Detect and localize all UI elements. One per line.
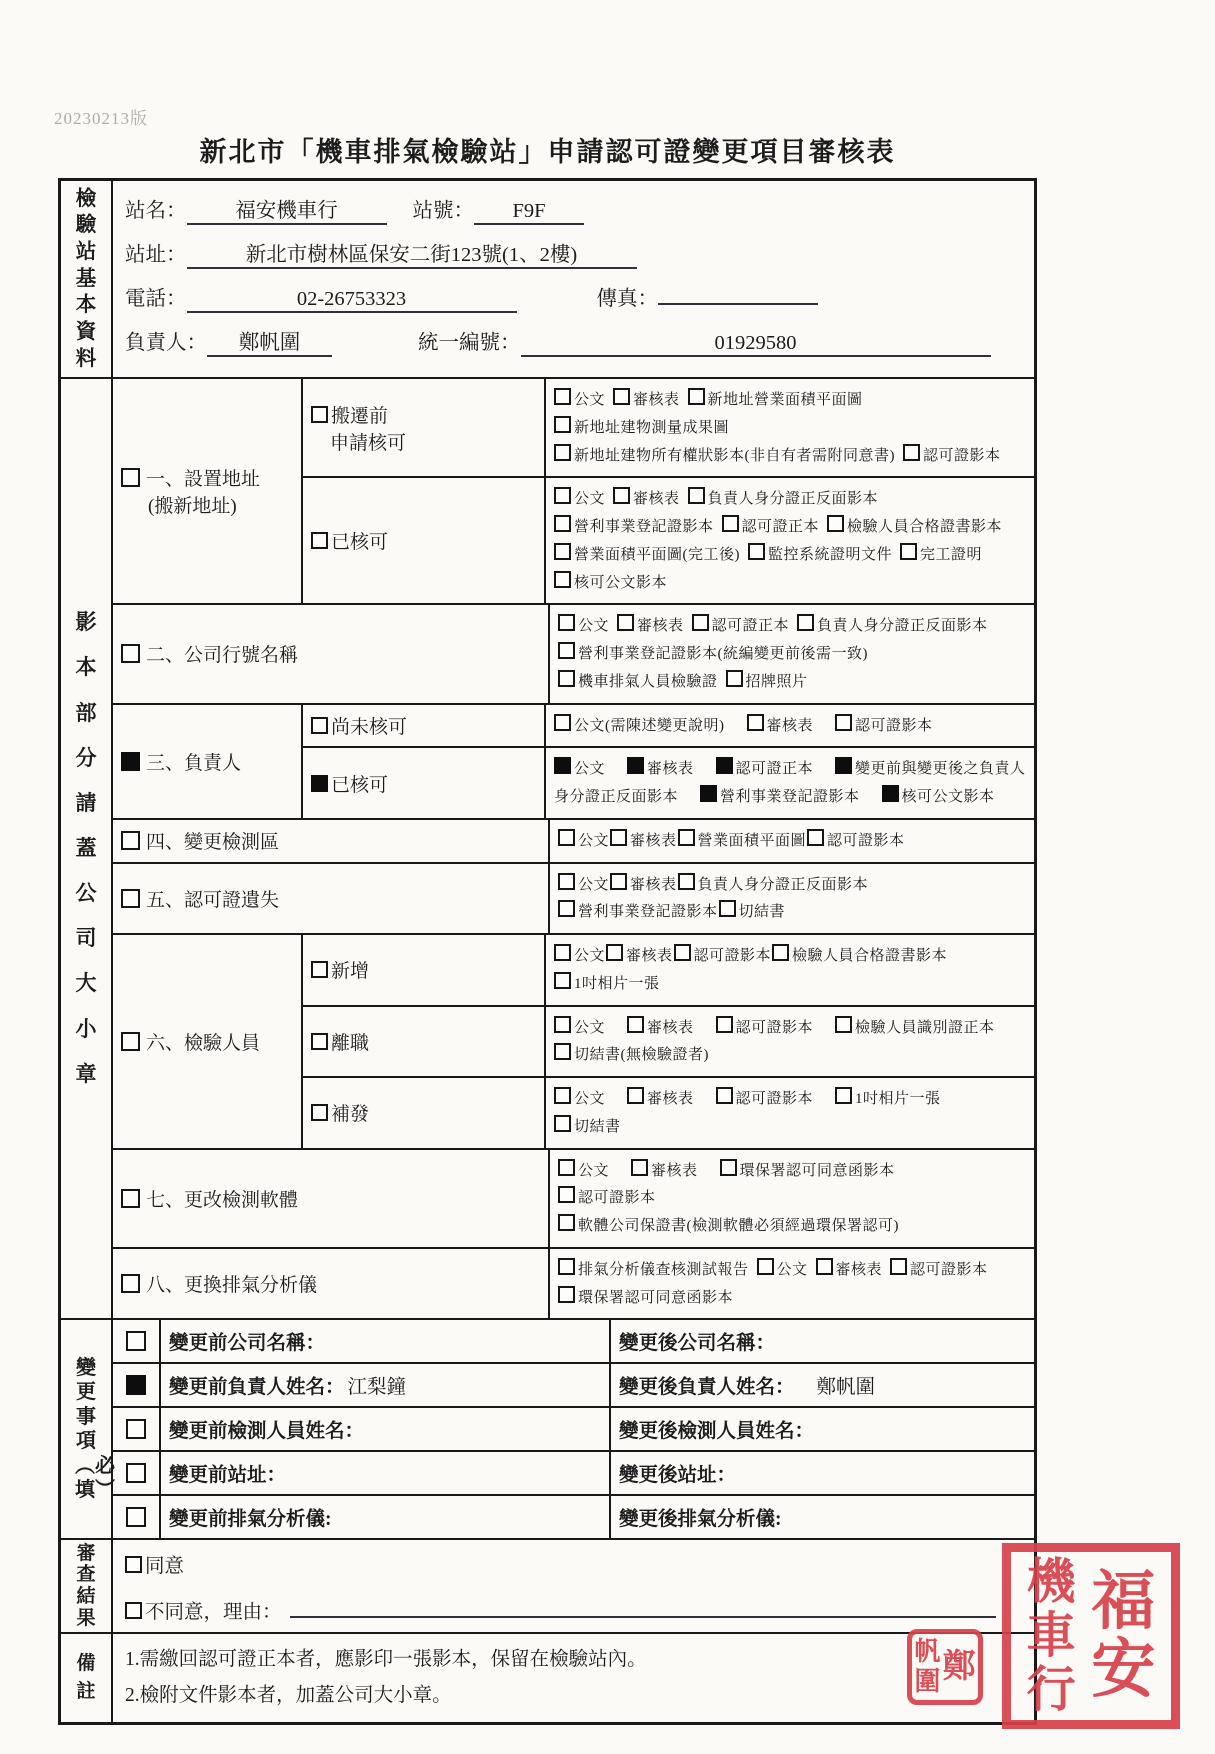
doc-item: 切結書 xyxy=(554,1114,621,1142)
doc-label: 公文 xyxy=(578,833,609,849)
section-label-copies: 影本部分請蓋公司大小章 xyxy=(61,379,113,1318)
doc-item: 公文 xyxy=(554,1086,605,1114)
doc-label: 認可證影本 xyxy=(923,448,1001,464)
doc-item: 公文 xyxy=(554,756,605,784)
item-cell: 一、設置地址 (搬新地址) xyxy=(113,379,303,603)
doc-label: 負責人身分證正反面影本 xyxy=(708,491,879,507)
doc-checkbox[interactable] xyxy=(900,543,917,560)
doc-item: 營業面積平面圖(完工後) xyxy=(554,542,740,570)
doc-checkbox[interactable] xyxy=(627,1016,644,1033)
doc-label: 審核表 xyxy=(637,618,684,634)
subrow-cell: 離職 xyxy=(303,1007,546,1077)
subrow-label: 已核可 xyxy=(331,532,388,553)
change-after-cell: 變更後負責人姓名：鄭帆圍 xyxy=(611,1364,1034,1406)
doc-label: 審核表 xyxy=(630,833,677,849)
checklist-row-1: 一、設置地址 (搬新地址) 搬遷前 申請核可 公文審核表新地址營業面積平面圖新地… xyxy=(113,379,1034,603)
doc-checkbox[interactable] xyxy=(700,785,717,802)
doc-checkbox[interactable] xyxy=(558,1186,575,1203)
doc-checkbox[interactable] xyxy=(827,515,844,532)
doc-item: 環保署認可同意函影本 xyxy=(720,1158,895,1186)
docs-cell: 公文審核表認可證影本檢驗人員合格證書影本1吋相片一張 xyxy=(546,935,1034,1005)
doc-item: 認可證影本 xyxy=(716,1086,814,1114)
section-basic-info: 檢驗站基本資料 站名： 福安機車行 站號： F9F 站址： 新北市樹林區保安二街… xyxy=(61,181,1034,377)
doc-label: 公文(需陳述變更說明) xyxy=(574,718,725,734)
subrow-reissue: 補發 公文審核表認可證影本1吋相片一張切結書 xyxy=(303,1076,1034,1148)
change-after-cell: 變更後站址： xyxy=(611,1452,1034,1494)
subrow-checkbox[interactable] xyxy=(311,406,328,423)
doc-item: 公文 xyxy=(554,943,605,971)
doc-label: 檢驗人員識別證正本 xyxy=(855,1020,995,1036)
change-before-value[interactable]: 江梨鐘 xyxy=(348,1371,407,1399)
item-label: 四、變更檢測區 xyxy=(146,832,279,853)
doc-label: 公文 xyxy=(578,877,609,893)
docs-cell: 公文審核表營業面積平面圖認可證影本 xyxy=(550,820,1034,862)
doc-checkbox[interactable] xyxy=(558,1286,575,1303)
doc-checkbox[interactable] xyxy=(606,944,623,961)
doc-item: 營利事業登記證影本 xyxy=(700,784,860,812)
change-after-cell: 變更後排氣分析儀: xyxy=(611,1496,1034,1538)
doc-checkbox[interactable] xyxy=(716,1016,733,1033)
doc-item: 環保署認可同意函影本 xyxy=(558,1285,733,1313)
owner-field[interactable]: 鄭帆圍 xyxy=(207,325,332,357)
doc-checkbox[interactable] xyxy=(688,388,705,405)
doc-item: 公文 xyxy=(554,1015,605,1043)
doc-item: 新地址建物所有權狀影本(非自有者需附同意書) xyxy=(554,443,895,471)
doc-checkbox[interactable] xyxy=(558,1214,575,1231)
doc-checkbox[interactable] xyxy=(807,829,824,846)
phone-field[interactable]: 02-26753323 xyxy=(187,288,517,313)
item-label: 五、認可證遺失 xyxy=(146,890,279,911)
doc-item: 檢驗人員識別證正本 xyxy=(835,1015,995,1043)
fax-field[interactable] xyxy=(658,303,818,305)
doc-item: 切結書 xyxy=(719,899,786,927)
doc-checkbox[interactable] xyxy=(816,1258,833,1275)
item-checkbox[interactable] xyxy=(121,831,140,850)
doc-checkbox[interactable] xyxy=(554,388,571,405)
doc-item: 負責人身分證正反面影本 xyxy=(688,486,879,514)
doc-label: 營利事業登記證影本 xyxy=(574,519,714,535)
section-label-basic-info: 檢驗站基本資料 xyxy=(61,181,113,377)
doc-item: 審核表 xyxy=(617,613,684,641)
doc-item: 營業面積平面圖 xyxy=(678,828,807,856)
address-row: 站址： 新北市樹林區保安二街123號(1、2樓) xyxy=(125,237,1020,281)
doc-checkbox[interactable] xyxy=(835,1087,852,1104)
doc-checkbox[interactable] xyxy=(558,614,575,631)
subrow-label: 新增 xyxy=(331,961,369,982)
doc-label: 1吋相片一張 xyxy=(855,1091,941,1107)
doc-item: 公文 xyxy=(558,872,609,900)
doc-label: 營利事業登記證影本 xyxy=(578,904,718,920)
doc-label: 公文 xyxy=(574,948,605,964)
doc-label: 負責人身分證正反面影本 xyxy=(698,877,869,893)
change-after-label: 變更後排氣分析儀: xyxy=(619,1503,782,1531)
item-label: 一、設置地址 xyxy=(146,469,260,490)
doc-checkbox[interactable] xyxy=(558,670,575,687)
doc-label: 切結書 xyxy=(739,904,786,920)
company-seal-right-column: 福安 xyxy=(1091,1568,1155,1704)
doc-label: 認可證正本 xyxy=(736,761,814,777)
doc-item: 負責人身分證正反面影本 xyxy=(797,613,988,641)
item-label: 八、更換排氣分析儀 xyxy=(146,1275,317,1296)
doc-item: 排氣分析儀查核測試報告 xyxy=(558,1257,749,1285)
doc-checkbox[interactable] xyxy=(692,614,709,631)
item-cell: 六、檢驗人員 xyxy=(113,935,303,1148)
doc-label: 檢驗人員合格證書影本 xyxy=(847,519,1002,535)
item-checkbox[interactable] xyxy=(121,468,140,487)
doc-label: 新地址營業面積平面圖 xyxy=(708,392,863,408)
change-before-cell: 變更前排氣分析儀: xyxy=(161,1496,611,1538)
doc-item: 完工證明 xyxy=(900,542,982,570)
doc-item: 營利事業登記證影本 xyxy=(554,514,714,542)
owner-label: 負責人： xyxy=(125,325,207,355)
change-checkbox-cell xyxy=(113,1496,161,1538)
doc-checkbox[interactable] xyxy=(554,1087,571,1104)
doc-checkbox[interactable] xyxy=(674,944,691,961)
checklist-row-2: 二、公司行號名稱 公文審核表認可證正本負責人身分證正反面影本營利事業登記證影本(… xyxy=(113,603,1034,702)
doc-item: 認可證影本 xyxy=(835,713,933,741)
checklist-row-8: 八、更換排氣分析儀 排氣分析儀查核測試報告公文審核表認可證影本環保署認可同意函影… xyxy=(113,1247,1034,1319)
disagree-reason-field[interactable] xyxy=(290,1598,996,1618)
doc-checkbox[interactable] xyxy=(610,829,627,846)
doc-checkbox[interactable] xyxy=(554,1043,571,1060)
doc-item: 新地址建物測量成果圖 xyxy=(554,415,729,443)
change-before-label: 變更前負責人姓名： xyxy=(169,1371,345,1399)
doc-label: 公文 xyxy=(574,1091,605,1107)
doc-checkbox[interactable] xyxy=(631,1159,648,1176)
section-label-review: 審查結果 xyxy=(61,1540,113,1632)
doc-item: 監控系統證明文件 xyxy=(748,542,892,570)
doc-label: 環保署認可同意函影本 xyxy=(740,1163,895,1179)
section-label-change-items: 變更事項︵必填︶ xyxy=(61,1320,113,1538)
doc-label: 認可證影本 xyxy=(827,833,905,849)
change-checkbox[interactable] xyxy=(126,1463,146,1483)
subrow-new-hire: 新增 公文審核表認可證影本檢驗人員合格證書影本1吋相片一張 xyxy=(303,935,1034,1005)
subrows: 搬遷前 申請核可 公文審核表新地址營業面積平面圖新地址建物測量成果圖新地址建物所… xyxy=(303,379,1034,603)
copies-body: 一、設置地址 (搬新地址) 搬遷前 申請核可 公文審核表新地址營業面積平面圖新地… xyxy=(113,379,1034,1318)
doc-checkbox[interactable] xyxy=(554,487,571,504)
doc-label: 審核表 xyxy=(630,877,677,893)
subrow-cell: 尚未核可 xyxy=(303,705,546,747)
change-after-value[interactable]: 鄭帆圍 xyxy=(817,1371,876,1399)
doc-checkbox[interactable] xyxy=(554,444,571,461)
change-before-cell: 變更前檢測人員姓名： xyxy=(161,1408,611,1450)
doc-item: 機車排氣人員檢驗證 xyxy=(558,669,718,697)
subrow-approved: 已核可 公文審核表認可證正本變更前與變更後之負責人身分證正反面影本營利事業登記證… xyxy=(303,746,1034,818)
subrow-label2: 申請核可 xyxy=(330,428,540,455)
doc-item: 認可證影本 xyxy=(674,943,772,971)
note-line: 1.需繳回認可證正本者，應影印一張影本，保留在檢驗站內。 xyxy=(125,1642,1022,1678)
change-checkbox[interactable] xyxy=(126,1507,146,1527)
doc-checkbox[interactable] xyxy=(554,1115,571,1132)
item-checkbox[interactable] xyxy=(121,752,140,771)
doc-checkbox[interactable] xyxy=(720,1159,737,1176)
doc-checkbox[interactable] xyxy=(617,614,634,631)
subrow-checkbox[interactable] xyxy=(311,532,328,549)
owner-seal-stamp: 鄭 帆圍 xyxy=(907,1629,983,1705)
doc-checkbox[interactable] xyxy=(719,900,736,917)
doc-item: 認可證影本 xyxy=(890,1257,988,1285)
section-review-result: 審查結果 同意 不同意，理由： xyxy=(61,1538,1034,1632)
doc-checkbox[interactable] xyxy=(757,1258,774,1275)
doc-item: 營利事業登記證影本(統編變更前後需一致) xyxy=(558,641,868,669)
doc-checkbox[interactable] xyxy=(554,972,571,989)
docs-cell: 公文(需陳述變更說明)審核表認可證影本 xyxy=(546,705,1034,747)
doc-checkbox[interactable] xyxy=(903,444,920,461)
doc-item: 招牌照片 xyxy=(726,669,808,697)
item-checkbox[interactable] xyxy=(121,1032,140,1051)
doc-item: 審核表 xyxy=(627,1015,694,1043)
agree-checkbox[interactable] xyxy=(125,1556,142,1573)
subrow-label: 離職 xyxy=(331,1033,369,1054)
doc-checkbox[interactable] xyxy=(678,829,695,846)
subrow-checkbox[interactable] xyxy=(311,717,328,734)
change-row-company-name: 變更前公司名稱： 變更後公司名稱： xyxy=(113,1320,1034,1362)
doc-item: 1吋相片一張 xyxy=(835,1086,941,1114)
doc-item: 負責人身分證正反面影本 xyxy=(678,872,869,900)
item-cell: 二、公司行號名稱 xyxy=(113,605,550,702)
item-checkbox[interactable] xyxy=(121,1274,140,1293)
doc-checkbox[interactable] xyxy=(610,873,627,890)
doc-item: 審核表 xyxy=(606,943,673,971)
doc-checkbox[interactable] xyxy=(554,1016,571,1033)
doc-label: 認可證影本 xyxy=(694,948,772,964)
checklist-row-3: 三、負責人 尚未核可 公文(需陳述變更說明)審核表認可證影本 已核可 xyxy=(113,703,1034,818)
doc-checkbox[interactable] xyxy=(688,487,705,504)
subrows: 新增 公文審核表認可證影本檢驗人員合格證書影本1吋相片一張 離職 公文審核表認可… xyxy=(303,935,1034,1148)
doc-checkbox[interactable] xyxy=(613,487,630,504)
subrow-checkbox[interactable] xyxy=(311,775,328,792)
doc-checkbox[interactable] xyxy=(835,757,852,774)
doc-item: 營利事業登記證影本 xyxy=(558,899,718,927)
doc-label: 檢驗人員合格證書影本 xyxy=(792,948,947,964)
change-after-label: 變更後負責人姓名： xyxy=(619,1371,795,1399)
doc-label: 排氣分析儀查核測試報告 xyxy=(578,1262,749,1278)
item-cell: 五、認可證遺失 xyxy=(113,864,550,934)
doc-item: 新地址營業面積平面圖 xyxy=(688,387,863,415)
doc-item: 認可證正本 xyxy=(692,613,790,641)
scanned-form-page: 20230213版 新北市「機車排氣檢驗站」申請認可證變更項目審核表 檢驗站基本… xyxy=(0,0,1215,1754)
change-checkbox[interactable] xyxy=(126,1331,146,1351)
doc-item: 審核表 xyxy=(610,828,677,856)
company-seal-left-column: 機車行 xyxy=(1027,1555,1076,1717)
company-seal-stamp: 福安 機車行 xyxy=(1002,1543,1180,1729)
doc-checkbox[interactable] xyxy=(627,757,644,774)
doc-checkbox[interactable] xyxy=(882,785,899,802)
doc-label: 審核表 xyxy=(647,1020,694,1036)
item-label2: (搬新地址) xyxy=(148,491,260,518)
doc-checkbox[interactable] xyxy=(558,1159,575,1176)
doc-checkbox[interactable] xyxy=(558,1258,575,1275)
change-before-label: 變更前檢測人員姓名： xyxy=(169,1415,364,1443)
doc-label: 公文 xyxy=(574,392,605,408)
doc-checkbox[interactable] xyxy=(716,1087,733,1104)
change-after-label: 變更後公司名稱： xyxy=(619,1327,775,1355)
doc-item: 檢驗人員合格證書影本 xyxy=(772,943,947,971)
change-before-label: 變更前站址： xyxy=(169,1459,286,1487)
doc-item: 審核表 xyxy=(816,1257,883,1285)
doc-item: 審核表 xyxy=(631,1158,698,1186)
doc-checkbox[interactable] xyxy=(797,614,814,631)
change-row-station-address: 變更前站址： 變更後站址： xyxy=(113,1450,1034,1494)
doc-checkbox[interactable] xyxy=(835,1016,852,1033)
doc-checkbox[interactable] xyxy=(554,515,571,532)
doc-checkbox[interactable] xyxy=(747,714,764,731)
section-label-text: 檢驗站基本資料 xyxy=(75,186,97,372)
doc-checkbox[interactable] xyxy=(554,757,571,774)
uniform-number-label: 統一編號： xyxy=(418,325,521,355)
review-body: 同意 不同意，理由： xyxy=(113,1540,1034,1632)
doc-label: 完工證明 xyxy=(920,547,982,563)
doc-checkbox[interactable] xyxy=(772,944,789,961)
doc-label: 公文 xyxy=(574,1020,605,1036)
change-before-cell: 變更前站址： xyxy=(161,1452,611,1494)
subrow-checkbox[interactable] xyxy=(311,1104,328,1121)
doc-checkbox[interactable] xyxy=(722,515,739,532)
doc-checkbox[interactable] xyxy=(554,571,571,588)
doc-item: 檢驗人員合格證書影本 xyxy=(827,514,1002,542)
subrow-cell: 新增 xyxy=(303,935,546,1005)
doc-label: 審核表 xyxy=(626,948,673,964)
doc-label: 公文 xyxy=(578,618,609,634)
section-notes: 備註 1.需繳回認可證正本者，應影印一張影本，保留在檢驗站內。2.檢附文件影本者… xyxy=(61,1632,1034,1722)
doc-checkbox[interactable] xyxy=(558,900,575,917)
item-cell: 三、負責人 xyxy=(113,705,303,818)
item-label: 二、公司行號名稱 xyxy=(146,645,298,666)
subrow-checkbox[interactable] xyxy=(311,1033,328,1050)
doc-label: 認可證影本 xyxy=(578,1190,656,1206)
doc-checkbox[interactable] xyxy=(558,873,575,890)
form-table: 檢驗站基本資料 站名： 福安機車行 站號： F9F 站址： 新北市樹林區保安二街… xyxy=(58,178,1037,1725)
change-checkbox[interactable] xyxy=(126,1375,146,1395)
checklist-row-5: 五、認可證遺失 公文審核表負責人身分證正反面影本營利事業登記證影本切結書 xyxy=(113,862,1034,934)
checklist-row-7: 七、更改檢測軟體 公文審核表環保署認可同意函影本認可證影本軟體公司保證書(檢測軟… xyxy=(113,1148,1034,1247)
doc-label: 公文 xyxy=(574,761,605,777)
station-name-field[interactable]: 福安機車行 xyxy=(187,193,387,225)
doc-checkbox[interactable] xyxy=(554,543,571,560)
doc-item: 公文 xyxy=(558,828,609,856)
subrow-label: 尚未核可 xyxy=(331,717,407,738)
item-cell: 四、變更檢測區 xyxy=(113,820,550,862)
docs-cell: 公文審核表新地址營業面積平面圖新地址建物測量成果圖新地址建物所有權狀影本(非自有… xyxy=(546,379,1034,476)
note-line: 2.檢附文件影本者，加蓋公司大小章。 xyxy=(125,1678,1022,1714)
doc-item: 審核表 xyxy=(613,486,680,514)
docs-cell: 排氣分析儀查核測試報告公文審核表認可證影本環保署認可同意函影本 xyxy=(550,1249,1034,1319)
station-code-label: 站號： xyxy=(413,193,475,223)
doc-checkbox[interactable] xyxy=(554,416,571,433)
doc-label: 1吋相片一張 xyxy=(574,976,660,992)
doc-item: 公文 xyxy=(757,1257,808,1285)
doc-label: 認可證影本 xyxy=(736,1091,814,1107)
doc-checkbox[interactable] xyxy=(558,829,575,846)
doc-item: 認可證影本 xyxy=(716,1015,814,1043)
doc-label: 環保署認可同意函影本 xyxy=(578,1290,733,1306)
fax-label: 傳真： xyxy=(597,281,659,311)
doc-label: 公文 xyxy=(777,1262,808,1278)
doc-item: 切結書(無檢驗證者) xyxy=(554,1042,709,1070)
subrow-resignation: 離職 公文審核表認可證影本檢驗人員識別證正本切結書(無檢驗證者) xyxy=(303,1005,1034,1077)
docs-cell: 公文審核表負責人身分證正反面影本營利事業登記證影本認可證正本檢驗人員合格證書影本… xyxy=(546,478,1034,603)
subrow-checkbox[interactable] xyxy=(311,961,328,978)
doc-checkbox[interactable] xyxy=(890,1258,907,1275)
doc-checkbox[interactable] xyxy=(627,1087,644,1104)
uniform-number-field[interactable]: 01929580 xyxy=(521,332,991,357)
version-label: 20230213版 xyxy=(54,104,148,129)
doc-checkbox[interactable] xyxy=(748,543,765,560)
doc-label: 營利事業登記證影本(統編變更前後需一致) xyxy=(578,646,868,662)
item-label: 三、負責人 xyxy=(146,753,241,774)
checklist-row-6: 六、檢驗人員 新增 公文審核表認可證影本檢驗人員合格證書影本1吋相片一張 離職 xyxy=(113,933,1034,1148)
item-checkbox[interactable] xyxy=(121,1189,140,1208)
doc-label: 審核表 xyxy=(767,718,814,734)
change-checkbox[interactable] xyxy=(126,1419,146,1439)
doc-checkbox[interactable] xyxy=(558,642,575,659)
item-label: 七、更改檢測軟體 xyxy=(146,1190,298,1211)
change-checkbox-cell xyxy=(113,1364,161,1406)
item-label: 六、檢驗人員 xyxy=(146,1033,260,1054)
doc-label: 審核表 xyxy=(633,392,680,408)
subrow-label: 已核可 xyxy=(331,775,388,796)
doc-label: 招牌照片 xyxy=(746,674,808,690)
station-name-label: 站名： xyxy=(125,193,187,223)
change-checkbox-cell xyxy=(113,1452,161,1494)
subrow-before-move: 搬遷前 申請核可 公文審核表新地址營業面積平面圖新地址建物測量成果圖新地址建物所… xyxy=(303,379,1034,476)
change-items-body: 變更前公司名稱： 變更後公司名稱： 變更前負責人姓名：江梨鐘 變更後負責人姓名：… xyxy=(113,1320,1034,1538)
item-checkbox[interactable] xyxy=(121,644,140,663)
station-code-field[interactable]: F9F xyxy=(474,200,584,225)
item-cell: 七、更改檢測軟體 xyxy=(113,1150,550,1247)
item-checkbox[interactable] xyxy=(121,889,140,908)
subrows: 尚未核可 公文(需陳述變更說明)審核表認可證影本 已核可 公文審核表認可證正本變… xyxy=(303,705,1034,818)
change-before-cell: 變更前負責人姓名：江梨鐘 xyxy=(161,1364,611,1406)
doc-checkbox[interactable] xyxy=(613,388,630,405)
doc-checkbox[interactable] xyxy=(716,757,733,774)
doc-item: 公文 xyxy=(554,486,605,514)
subrow-label: 搬遷前 xyxy=(331,406,388,427)
change-before-label: 變更前排氣分析儀: xyxy=(169,1503,332,1531)
phone-label: 電話： xyxy=(125,281,187,311)
doc-label: 認可證影本 xyxy=(736,1020,814,1036)
doc-checkbox[interactable] xyxy=(678,873,695,890)
doc-label: 新地址建物所有權狀影本(非自有者需附同意書) xyxy=(574,448,895,464)
doc-checkbox[interactable] xyxy=(726,670,743,687)
disagree-label: 不同意，理由： xyxy=(145,1596,282,1624)
station-name-row: 站名： 福安機車行 站號： F9F xyxy=(125,193,1020,237)
change-checkbox-cell xyxy=(113,1408,161,1450)
doc-label: 切結書 xyxy=(574,1119,621,1135)
subrow-cell: 補發 xyxy=(303,1078,546,1148)
doc-checkbox[interactable] xyxy=(554,944,571,961)
item-cell: 八、更換排氣分析儀 xyxy=(113,1249,550,1319)
doc-label: 審核表 xyxy=(651,1163,698,1179)
doc-label: 切結書(無檢驗證者) xyxy=(574,1047,709,1063)
change-checkbox-cell xyxy=(113,1320,161,1362)
doc-item: 認可證正本 xyxy=(716,756,814,784)
doc-checkbox[interactable] xyxy=(554,714,571,731)
docs-cell: 公文審核表環保署認可同意函影本認可證影本軟體公司保證書(檢測軟體必須經過環保署認… xyxy=(550,1150,1034,1247)
change-after-label: 變更後檢測人員姓名： xyxy=(619,1415,814,1443)
disagree-checkbox[interactable] xyxy=(125,1602,142,1619)
doc-item: 審核表 xyxy=(627,756,694,784)
doc-label: 公文 xyxy=(578,1163,609,1179)
address-field[interactable]: 新北市樹林區保安二街123號(1、2樓) xyxy=(187,237,637,269)
section-label-notes: 備註 xyxy=(61,1634,113,1722)
doc-checkbox[interactable] xyxy=(835,714,852,731)
change-row-analyzer: 變更前排氣分析儀: 變更後排氣分析儀: xyxy=(113,1494,1034,1538)
doc-label: 核可公文影本 xyxy=(902,789,995,805)
form-title: 新北市「機車排氣檢驗站」申請認可證變更項目審核表 xyxy=(58,130,1037,169)
disagree-line: 不同意，理由： xyxy=(125,1596,1022,1624)
subrow-cell: 已核可 xyxy=(303,748,546,818)
